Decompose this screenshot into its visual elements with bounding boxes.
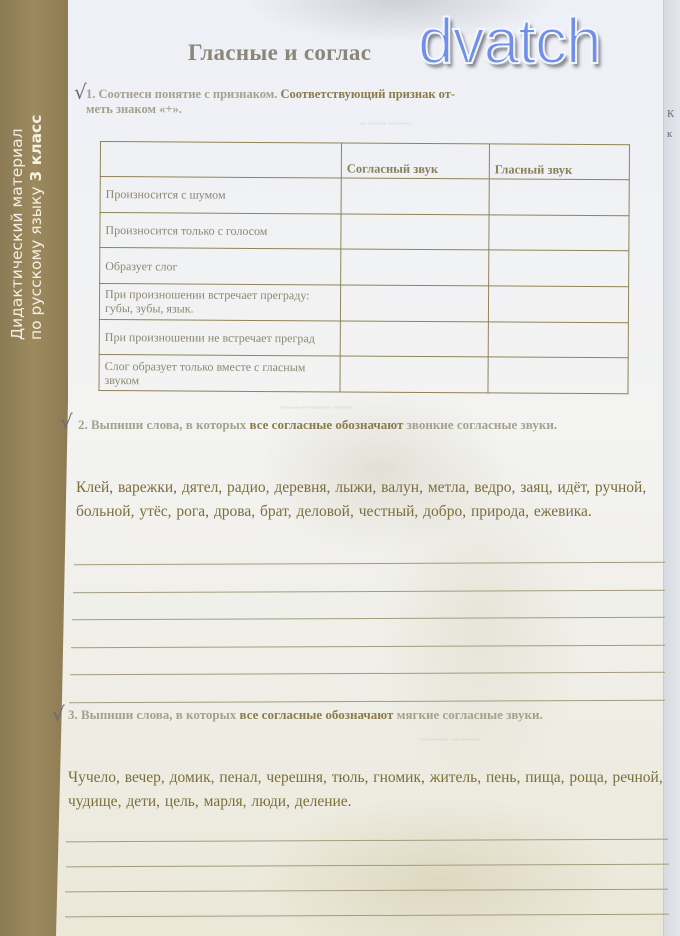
watermark-logo: dvatch: [418, 6, 601, 76]
answer-line[interactable]: [73, 589, 665, 593]
answer-line[interactable]: [69, 699, 665, 703]
table-row: Слог образует только вместе с гласным зв…: [99, 355, 628, 394]
task-3-word-list: Чучело, вечер, домик, пенал, черешня, тю…: [68, 766, 668, 814]
bleed-through-text: ~~~~~ ~~~~~: [420, 734, 480, 746]
task-2-text-bold: все согласные обозначают: [250, 417, 404, 432]
table-row: При произношении не встречает преград: [99, 319, 628, 358]
vowel-answer-cell[interactable]: [488, 357, 628, 394]
feature-cell: При произношении не встречает преград: [99, 319, 340, 356]
feature-cell: Слог образует только вместе с гласным зв…: [99, 355, 340, 392]
bleed-through-text: ~~~~~~~~~ ~~~: [280, 402, 351, 414]
task-1-number: 1.: [86, 87, 95, 101]
check-mark-icon: √: [74, 80, 87, 104]
sidebar-subject: по русскому языку: [27, 181, 45, 340]
sidebar-label-line1: Дидактический материал: [8, 80, 27, 340]
consonant-answer-cell[interactable]: [340, 285, 488, 322]
consonant-answer-cell[interactable]: [340, 321, 488, 358]
answer-line[interactable]: [71, 644, 665, 648]
table-row: Произносится с шумом: [100, 177, 629, 216]
task-2-text-end: звонкие согласные звуки.: [407, 417, 557, 432]
task-2-text: Выпиши слова, в которых: [91, 417, 246, 432]
sidebar-label: Дидактический материал по русскому языку…: [8, 80, 46, 340]
task-1-text: Соотнеси понятие с признаком.: [99, 87, 278, 101]
next-page-letter: К: [667, 108, 674, 120]
task-1-instruction: 1. Соотнеси понятие с признаком. Соответ…: [86, 87, 626, 117]
page-title: Гласные и соглас: [188, 40, 371, 66]
feature-cell: При произношении встречает преграду: губ…: [99, 283, 340, 320]
answer-line[interactable]: [65, 889, 668, 893]
sidebar-label-line2: по русскому языку 3 класс: [27, 80, 46, 340]
feature-cell: Произносится только с голосом: [100, 212, 341, 249]
answer-line[interactable]: [66, 864, 668, 868]
check-mark-icon: √: [52, 702, 65, 726]
table-row: При произношении встречает преграду: губ…: [99, 283, 628, 322]
answer-line[interactable]: [72, 617, 665, 621]
consonant-answer-cell[interactable]: [340, 356, 488, 393]
sounds-table: Согласный звук Гласный звук Произносится…: [98, 141, 630, 394]
task-1-text-line2: меть знаком «+».: [86, 102, 182, 116]
answer-line[interactable]: [74, 562, 665, 566]
table-row: Образует слог: [100, 248, 629, 287]
task-2-word-list: Клей, варежки, дятел, радио, деревня, лы…: [76, 476, 666, 524]
task-2-number: 2.: [78, 417, 88, 432]
workbook-page: ~ ~~~ ~~~~ ~~~~~~~~~ ~~~ ~~~~~ ~~~~~ Дид…: [0, 0, 680, 936]
answer-line[interactable]: [70, 672, 665, 676]
answer-line[interactable]: [65, 914, 668, 918]
consonant-answer-cell[interactable]: [341, 249, 489, 286]
bleed-through-text: ~ ~~~ ~~~~: [360, 118, 411, 130]
vowel-answer-cell[interactable]: [489, 250, 629, 287]
table-header-vowel: Гласный звук: [489, 144, 629, 180]
vowel-answer-cell[interactable]: [489, 179, 629, 216]
table-row: Произносится только с голосом: [100, 212, 629, 251]
table-header-consonant: Согласный звук: [341, 143, 489, 179]
feature-cell: Образует слог: [100, 248, 341, 285]
consonant-answer-cell[interactable]: [341, 178, 489, 215]
task-3-text-end: мягкие согласные звуки.: [397, 707, 543, 722]
answer-line[interactable]: [66, 839, 668, 843]
table-header-feature: [100, 142, 341, 178]
task-3-text: Выпиши слова, в которых: [81, 707, 236, 722]
vowel-answer-cell[interactable]: [488, 286, 628, 323]
consonant-answer-cell[interactable]: [341, 214, 489, 251]
vowel-answer-cell[interactable]: [489, 215, 629, 252]
check-mark-icon: √: [60, 410, 73, 434]
sidebar-strip: Дидактический материал по русскому языку…: [0, 0, 68, 936]
task-2-instruction: 2. Выпиши слова, в которых все согласные…: [78, 416, 638, 434]
task-3-instruction: 3. Выпиши слова, в которых все согласные…: [68, 706, 638, 724]
task-1-text-bold: Соответствующий признак от-: [281, 87, 456, 101]
feature-cell: Произносится с шумом: [100, 177, 341, 214]
vowel-answer-cell[interactable]: [488, 322, 628, 359]
task-3-text-bold: все согласные обозначают: [240, 707, 394, 722]
sidebar-grade: 3 класс: [27, 115, 45, 182]
task-3-number: 3.: [68, 707, 78, 722]
next-page-letter: к: [667, 128, 672, 140]
